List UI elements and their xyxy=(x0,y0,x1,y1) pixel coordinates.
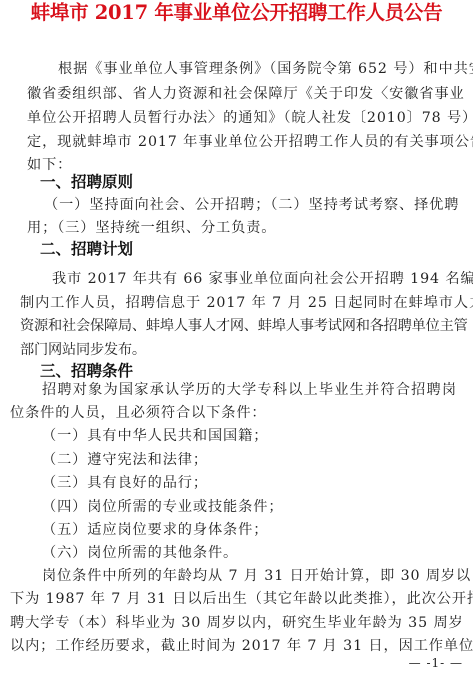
principles-line: 用；（三）坚持统一组织、分工负责。 xyxy=(27,218,457,238)
plan-line: 资源和社会保障局、蚌埠人事人才网、蚌埠人事考试网和各招聘单位主管 xyxy=(20,316,440,336)
plan-line: 制内工作人员，招聘信息于 2017 年 7 月 25 日起同时在蚌埠市人力 xyxy=(20,293,440,313)
principles-line: （一）坚持面向社会、公开招聘；（二）坚持考试考察、择优聘 xyxy=(44,195,457,215)
condition-item: （三）具有良好的品行； xyxy=(42,473,208,493)
section-heading-plan: 二、招聘计划 xyxy=(40,239,133,259)
page-number: — -1- — xyxy=(409,656,463,670)
intro-line: 根据《事业单位人事管理条例》（国务院令第 652 号）和中共安 xyxy=(58,59,457,79)
age-line: 以内；工作经历要求，截止时间为 2017 年 7 月 31 日，因工作单位 xyxy=(10,636,457,656)
age-line: 聘大学专（本）科毕业为 30 周岁以内，研究生毕业年龄为 35 周岁 xyxy=(10,613,457,633)
intro-line: 单位公开招聘人员暂行办法〉的通知》（皖人社发〔2010〕78 号）规 xyxy=(27,108,457,128)
intro-line: 定，现就蚌埠市 2017 年事业单位公开招聘工作人员的有关事项公告 xyxy=(27,132,457,152)
condition-item: （五）适应岗位要求的身体条件； xyxy=(42,520,268,540)
section-heading-conditions: 三、招聘条件 xyxy=(40,361,133,381)
condition-item: （二）遵守宪法和法律； xyxy=(42,450,208,470)
section-heading-principles: 一、招聘原则 xyxy=(40,172,133,192)
intro-line: 徽省委组织部、省人力资源和社会保障厅《关于印发〈安徽省事业 xyxy=(27,84,457,104)
plan-line: 部门网站同步发布。 xyxy=(20,340,440,360)
plan-line: 我市 2017 年共有 66 家事业单位面向社会公开招聘 194 名编 xyxy=(52,269,440,289)
age-line: 下为 1987 年 7 月 31 日以后出生（其它年龄以此类推），此次公开招 xyxy=(10,589,457,609)
conditions-intro-line: 招聘对象为国家承认学历的大学专科以上毕业生并符合招聘岗 xyxy=(42,380,457,400)
condition-item: （一）具有中华人民共和国国籍； xyxy=(42,426,268,446)
conditions-intro-line: 位条件的人员，且必须符合以下条件： xyxy=(10,403,440,423)
document-title: 蚌埠市 2017 年事业单位公开招聘工作人员公告 xyxy=(0,1,473,25)
condition-item: （六）岗位所需的其他条件。 xyxy=(42,543,238,563)
age-line: 岗位条件中所列的年龄均从 7 月 31 日开始计算，即 30 周岁以 xyxy=(42,566,457,586)
condition-item: （四）岗位所需的专业或技能条件； xyxy=(42,497,283,517)
